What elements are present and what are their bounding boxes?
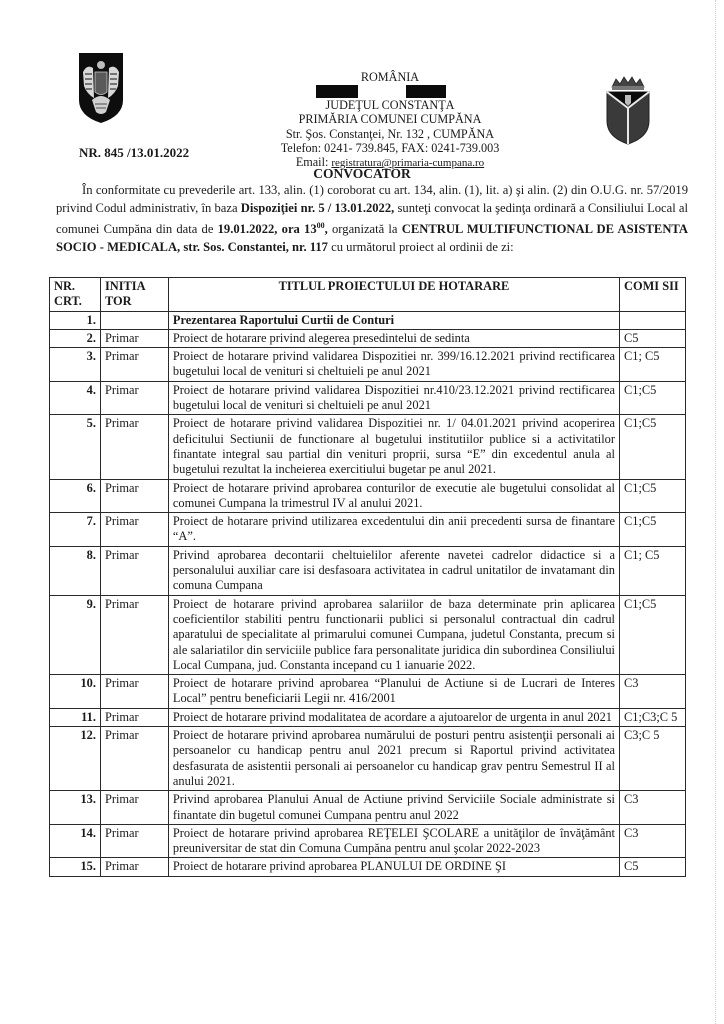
redaction-bar (406, 85, 446, 98)
row-committees: C5 (620, 329, 686, 347)
row-title: Proiect de hotarare privind aprobarea sa… (168, 595, 619, 674)
row-committees: C1;C5 (620, 513, 686, 547)
row-number: 6. (50, 479, 101, 513)
table-row: 1.Prezentarea Raportului Curtii de Contu… (50, 311, 686, 329)
row-committees: C1;C3;C 5 (620, 708, 686, 726)
row-title: Prezentarea Raportului Curtii de Conturi (168, 311, 619, 329)
row-initiator: Primar (100, 546, 168, 595)
row-initiator (100, 311, 168, 329)
row-initiator: Primar (100, 824, 168, 858)
row-number: 4. (50, 381, 101, 415)
intro-paragraph: În conformitate cu prevederile art. 133,… (56, 182, 688, 257)
table-row: 7.PrimarProiect de hotarare privind util… (50, 513, 686, 547)
romania-coat-of-arms-icon (78, 52, 124, 124)
row-initiator: Primar (100, 675, 168, 709)
row-committees (620, 311, 686, 329)
row-number: 2. (50, 329, 101, 347)
agenda-table: NR. CRT. INITIA TOR TITLUL PROIECTULUI D… (49, 277, 686, 877)
disposition-ref: Dispoziţiei nr. 5 / 13.01.2022, (241, 201, 395, 215)
table-row: 14.PrimarProiect de hotarare privind apr… (50, 824, 686, 858)
row-initiator: Primar (100, 595, 168, 674)
row-number: 1. (50, 311, 101, 329)
row-initiator: Primar (100, 513, 168, 547)
table-row: 12.PrimarProiect de hotarare privind apr… (50, 727, 686, 791)
row-committees: C1;C5 (620, 381, 686, 415)
row-committees: C1;C5 (620, 415, 686, 479)
row-committees: C1; C5 (620, 546, 686, 595)
table-header-row: NR. CRT. INITIA TOR TITLUL PROIECTULUI D… (50, 278, 686, 312)
row-number: 5. (50, 415, 101, 479)
table-row: 13.PrimarPrivind aprobarea Planului Anua… (50, 791, 686, 825)
table-row: 9.PrimarProiect de hotarare privind apro… (50, 595, 686, 674)
row-title: Proiect de hotarare privind validarea Di… (168, 348, 619, 382)
row-number: 10. (50, 675, 101, 709)
row-committees: C1;C5 (620, 479, 686, 513)
row-initiator: Primar (100, 727, 168, 791)
row-initiator: Primar (100, 479, 168, 513)
cumpana-coat-of-arms-icon (604, 75, 652, 145)
row-title: Proiect de hotarare privind validarea Di… (168, 381, 619, 415)
county-name: JUDEŢUL CONSTANŢA (240, 98, 540, 112)
row-number: 3. (50, 348, 101, 382)
row-number: 8. (50, 546, 101, 595)
row-committees: C5 (620, 858, 686, 876)
phone-fax: Telefon: 0241- 739.845, FAX: 0241-739.00… (240, 141, 540, 155)
row-title: Proiect de hotarare privind alegerea pre… (168, 329, 619, 347)
intro-text: organizată la (328, 222, 402, 236)
row-number: 14. (50, 824, 101, 858)
agenda-body: 1.Prezentarea Raportului Curtii de Contu… (50, 311, 686, 876)
header-committees: COMI SII (620, 278, 686, 312)
row-number: 12. (50, 727, 101, 791)
meeting-minutes: 00 (317, 221, 325, 230)
table-row: 2.PrimarProiect de hotarare privind aleg… (50, 329, 686, 347)
institution-header: ROMÂNIA JUDEŢUL CONSTANŢA PRIMĂRIA COMUN… (240, 70, 540, 170)
row-title: Privind aprobarea Planului Anual de Acti… (168, 791, 619, 825)
table-row: 4.PrimarProiect de hotarare privind vali… (50, 381, 686, 415)
redaction-bar (316, 85, 358, 98)
row-committees: C3 (620, 791, 686, 825)
row-committees: C3;C 5 (620, 727, 686, 791)
institution-address: Str. Şos. Constanţei, Nr. 132 , CUMPĂNA (240, 127, 540, 141)
meeting-datetime: 19.01.2022, ora 13 (218, 222, 317, 236)
row-title: Proiect de hotarare privind validarea Di… (168, 415, 619, 479)
document-number: NR. 845 /13.01.2022 (79, 145, 189, 161)
table-row: 10.PrimarProiect de hotarare privind apr… (50, 675, 686, 709)
table-row: 3.PrimarProiect de hotarare privind vali… (50, 348, 686, 382)
row-initiator: Primar (100, 329, 168, 347)
row-title: Proiect de hotarare privind modalitatea … (168, 708, 619, 726)
row-title: Proiect de hotarare privind aprobarea “P… (168, 675, 619, 709)
table-row: 15.PrimarProiect de hotarare privind apr… (50, 858, 686, 876)
row-title: Proiect de hotarare privind utilizarea e… (168, 513, 619, 547)
row-title: Privind aprobarea decontarii cheltuielil… (168, 546, 619, 595)
table-row: 8.PrimarPrivind aprobarea decontarii che… (50, 546, 686, 595)
row-initiator: Primar (100, 858, 168, 876)
redaction-row (240, 84, 540, 98)
row-committees: C3 (620, 824, 686, 858)
row-number: 11. (50, 708, 101, 726)
row-committees: C1; C5 (620, 348, 686, 382)
row-number: 9. (50, 595, 101, 674)
document-title: CONVOCATOR (0, 166, 724, 182)
row-committees: C1;C5 (620, 595, 686, 674)
header-initiator: INITIA TOR (100, 278, 168, 312)
institution-name: PRIMĂRIA COMUNEI CUMPĂNA (240, 112, 540, 126)
row-title: Proiect de hotarare privind aprobarea nu… (168, 727, 619, 791)
row-title: Proiect de hotarare privind aprobarea co… (168, 479, 619, 513)
table-row: 11.PrimarProiect de hotarare privind mod… (50, 708, 686, 726)
country-name: ROMÂNIA (240, 70, 540, 84)
intro-text: cu următorul proiect al ordinii de zi: (328, 240, 514, 254)
row-initiator: Primar (100, 415, 168, 479)
header-nr: NR. CRT. (50, 278, 101, 312)
table-row: 6.PrimarProiect de hotarare privind apro… (50, 479, 686, 513)
row-number: 13. (50, 791, 101, 825)
table-row: 5.PrimarProiect de hotarare privind vali… (50, 415, 686, 479)
row-initiator: Primar (100, 348, 168, 382)
row-committees: C3 (620, 675, 686, 709)
header-title: TITLUL PROIECTULUI DE HOTARARE (168, 278, 619, 312)
row-title: Proiect de hotarare privind aprobarea RE… (168, 824, 619, 858)
row-number: 7. (50, 513, 101, 547)
row-initiator: Primar (100, 381, 168, 415)
row-initiator: Primar (100, 708, 168, 726)
document-page: ROMÂNIA JUDEŢUL CONSTANŢA PRIMĂRIA COMUN… (0, 0, 724, 1024)
scan-edge (714, 0, 716, 1024)
row-number: 15. (50, 858, 101, 876)
row-title: Proiect de hotarare privind aprobarea PL… (168, 858, 619, 876)
row-initiator: Primar (100, 791, 168, 825)
